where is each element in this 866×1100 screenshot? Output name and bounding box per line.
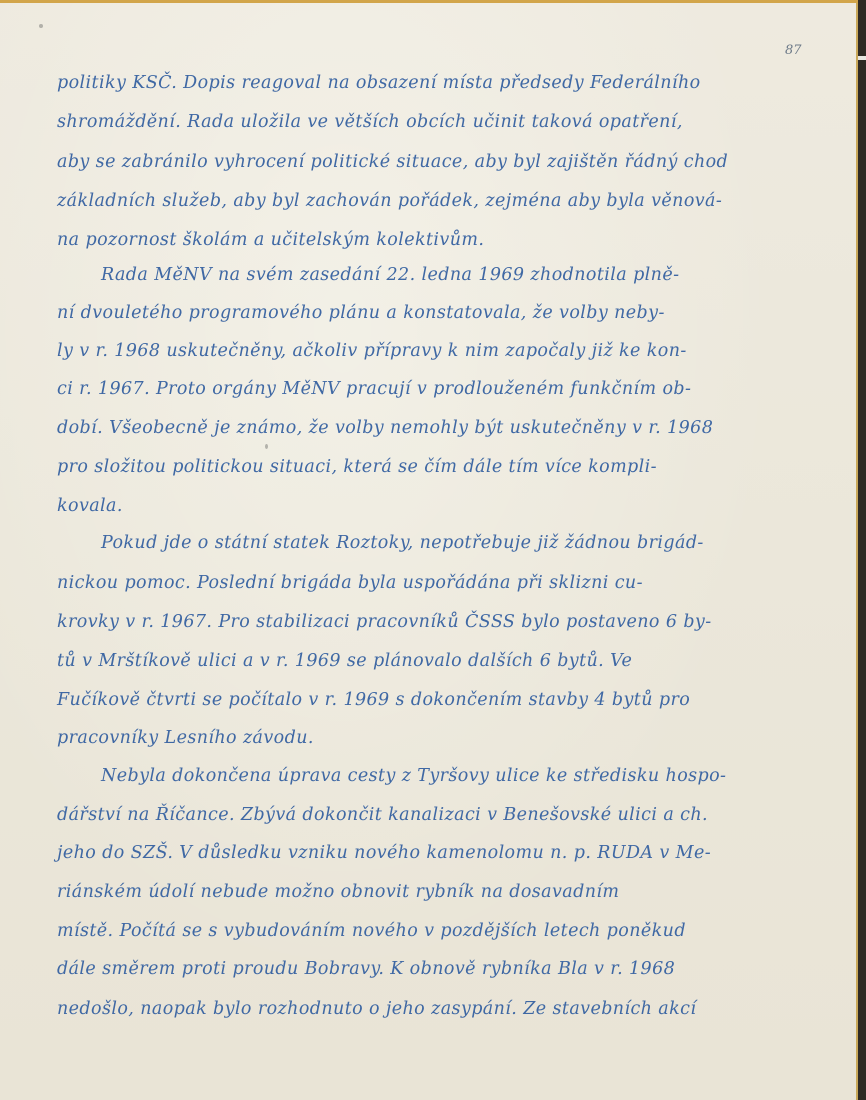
text-line: ní dvouletého programového plánu a konst…	[57, 302, 665, 324]
edge-marker	[858, 56, 866, 60]
text-line: pracovníky Lesního závodu.	[57, 727, 314, 749]
text-line: pro složitou politickou situaci, která s…	[57, 456, 657, 478]
text-line: jeho do SZŠ. V důsledku vzniku nového ka…	[57, 842, 711, 864]
text-line: na pozornost školám a učitelským kolekti…	[57, 229, 484, 251]
text-line: Fučíkově čtvrti se počítalo v r. 1969 s …	[57, 689, 690, 711]
text-line: nickou pomoc. Poslední brigáda byla uspo…	[57, 572, 643, 594]
page-top-edge	[0, 0, 858, 3]
text-line: místě. Počítá se s vybudováním nového v …	[57, 920, 686, 942]
paper-speck	[265, 444, 268, 449]
text-line: ly v r. 1968 uskutečněny, ačkoliv přípra…	[57, 340, 687, 362]
text-line: politiky KSČ. Dopis reagoval na obsazení…	[57, 72, 701, 94]
text-line: aby se zabránilo vyhrocení politické sit…	[57, 151, 728, 173]
paragraph-start-line: Rada MěNV na svém zasedání 22. ledna 196…	[101, 264, 679, 286]
text-line: dářství na Říčance. Zbývá dokončit kanal…	[57, 804, 708, 826]
text-line: krovky v r. 1967. Pro stabilizaci pracov…	[57, 611, 712, 633]
text-line: kovala.	[57, 495, 123, 517]
page-number: 87	[785, 43, 802, 58]
text-line: základních služeb, aby byl zachován pořá…	[57, 190, 722, 212]
text-line: nedošlo, naopak bylo rozhodnuto o jeho z…	[57, 998, 696, 1020]
paragraph-start-line: Pokud jde o státní statek Roztoky, nepot…	[101, 532, 704, 554]
text-line: dále směrem proti proudu Bobravy. K obno…	[57, 958, 675, 980]
text-line: tů v Mrštíkově ulici a v r. 1969 se plán…	[57, 650, 632, 672]
document-page: 87 politiky KSČ. Dopis reagoval na obsaz…	[0, 0, 858, 1100]
text-line: ci r. 1967. Proto orgány MěNV pracují v …	[57, 378, 691, 400]
paragraph-start-line: Nebyla dokončena úprava cesty z Tyršovy …	[101, 765, 726, 787]
text-line: dobí. Všeobecně je známo, že volby nemoh…	[57, 417, 713, 439]
text-line: shromáždění. Rada uložila ve větších obc…	[57, 111, 683, 133]
text-line: riánském údolí nebude možno obnovit rybn…	[57, 881, 619, 903]
paper-speck	[39, 24, 43, 28]
book-binding-edge	[858, 0, 866, 1100]
